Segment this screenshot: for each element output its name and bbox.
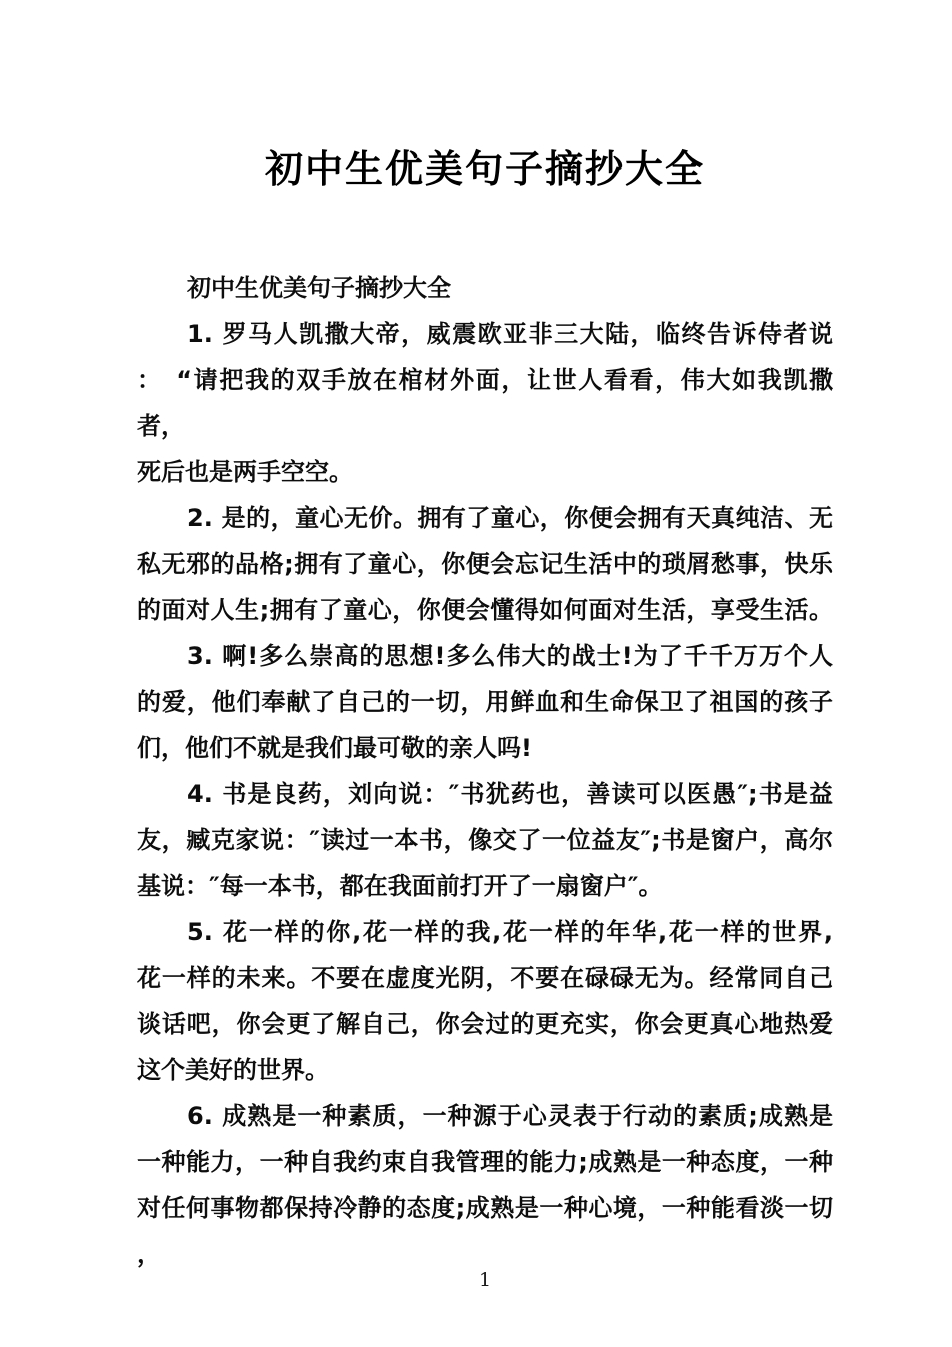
text-line: 私无邪的品格;拥有了童心，你便会忘记生活中的琐屑愁事，快乐 (137, 541, 833, 587)
document-title: 初中生优美句子摘抄大全 (137, 141, 833, 197)
text-line: 的面对人生;拥有了童心，你便会懂得如何面对生活，享受生活。 (137, 587, 833, 633)
document-body: 初中生优美句子摘抄大全1. 罗马人凯撒大帝，威震欧亚非三大陆，临终告诉侍者说： … (137, 265, 833, 1277)
text-line: 初中生优美句子摘抄大全 (137, 265, 833, 311)
text-line: 谈话吧，你会更了解自己，你会过的更充实，你会更真心地热爱 (137, 1001, 833, 1047)
document-page: 初中生优美句子摘抄大全 初中生优美句子摘抄大全1. 罗马人凯撒大帝，威震欧亚非三… (0, 0, 952, 1347)
text-line: 对任何事物都保持冷静的态度;成熟是一种心境，一种能看淡一切 (137, 1185, 833, 1231)
text-line: 2. 是的，童心无价。拥有了童心，你便会拥有天真纯洁、无 (137, 495, 833, 541)
text-line: 友，臧克家说：″读过一本书，像交了一位益友″;书是窗户，高尔 (137, 817, 833, 863)
text-line: 这个美好的世界。 (137, 1047, 833, 1093)
page-number: 1 (137, 1266, 833, 1294)
text-line: 3. 啊!多么崇高的思想!多么伟大的战士!为了千千万万个人 (137, 633, 833, 679)
text-line: 基说：″每一本书，都在我面前打开了一扇窗户″。 (137, 863, 833, 909)
text-line: 死后也是两手空空。 (137, 449, 833, 495)
text-line: 4. 书是良药，刘向说：″书犹药也，善读可以医愚″;书是益 (137, 771, 833, 817)
text-line: 6. 成熟是一种素质，一种源于心灵表于行动的素质;成熟是 (137, 1093, 833, 1139)
text-line: 一种能力，一种自我约束自我管理的能力;成熟是一种态度，一种 (137, 1139, 833, 1185)
text-line: ： “请把我的双手放在棺材外面，让世人看看，伟大如我凯撒 (137, 357, 833, 403)
text-line: 的爱，他们奉献了自己的一切，用鲜血和生命保卫了祖国的孩子 (137, 679, 833, 725)
text-line: 1. 罗马人凯撒大帝，威震欧亚非三大陆，临终告诉侍者说 (137, 311, 833, 357)
text-line: 者， (137, 403, 833, 449)
text-line: 花一样的未来。不要在虚度光阴，不要在碌碌无为。经常同自己 (137, 955, 833, 1001)
text-line: 5. 花一样的你,花一样的我,花一样的年华,花一样的世界, (137, 909, 833, 955)
text-line: 们，他们不就是我们最可敬的亲人吗! (137, 725, 833, 771)
